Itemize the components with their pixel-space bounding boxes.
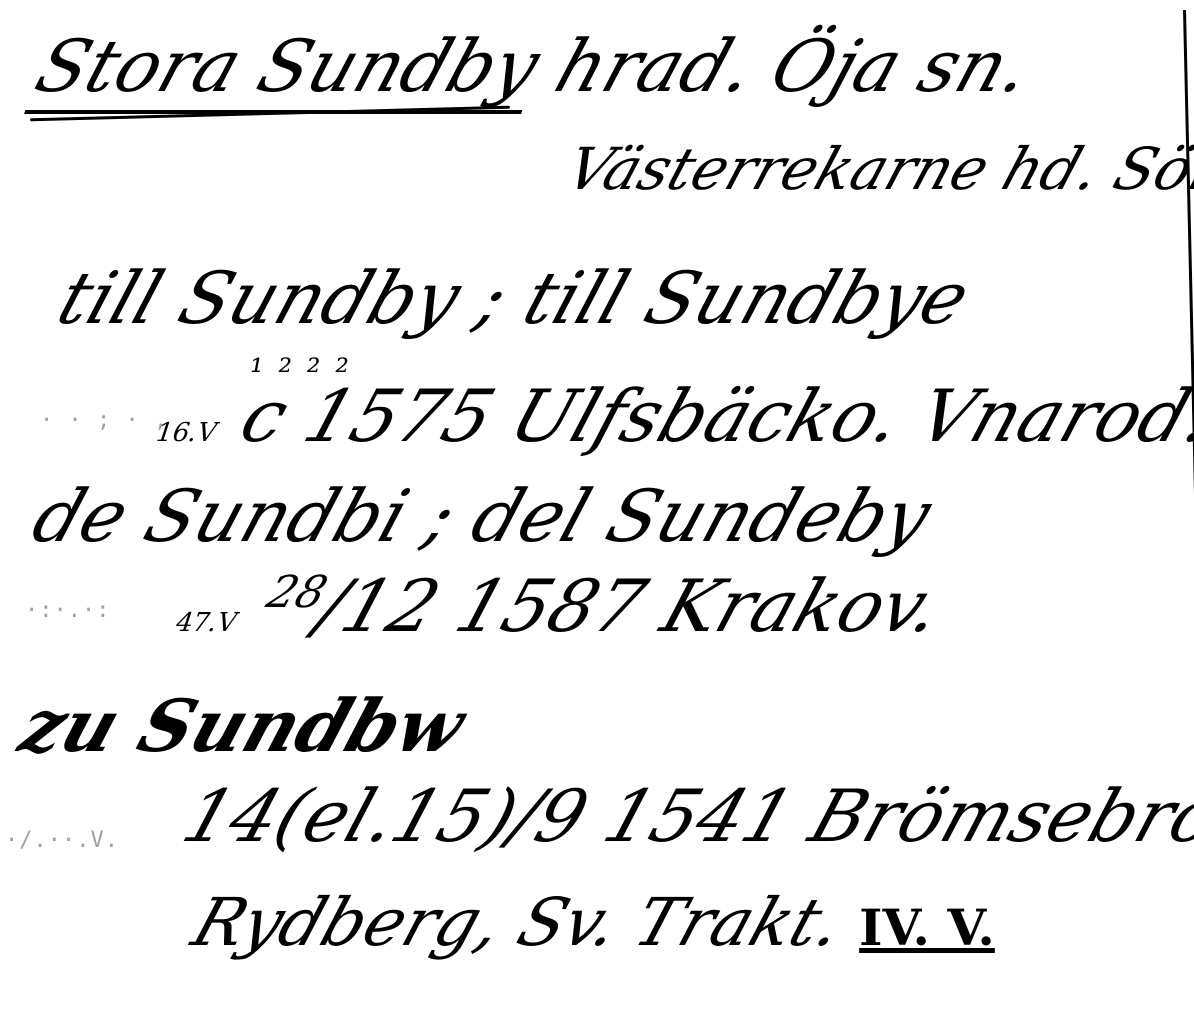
- place-type-parish: hrad. Öja sn.: [546, 24, 1042, 108]
- record-1-place: Ulfsbäcko. Vnarod.: [500, 374, 1194, 458]
- source-volumes: IV. V.: [859, 903, 995, 953]
- record-3-date-line: 14(el.15)/9 1541 Brömsebro.: [175, 780, 1194, 852]
- record-1-date-prefix: 16.V: [151, 418, 221, 448]
- record-1-form: till Sundby ; till Sundbye: [50, 262, 978, 334]
- record-3-form: zu Sundbw: [12, 690, 473, 762]
- record-3-date: 14(el.15)/9 1541: [173, 774, 804, 858]
- place-name: Stora Sundby: [24, 24, 550, 114]
- record-2-date-line: 47.V 28/12 1587 Krakov.: [170, 570, 950, 642]
- source-author: Rydberg,: [183, 884, 512, 961]
- card-heading: Stora Sundby hrad. Öja sn.: [28, 30, 1040, 102]
- district-label: Västerrekarne hd. Söm.: [560, 140, 1194, 198]
- source-citation: Rydberg, Sv. Trakt. IV. V.: [185, 890, 1007, 956]
- archival-card: Stora Sundby hrad. Öja sn. Västerrekarne…: [0, 0, 1194, 1023]
- record-2-date: /12 1587: [307, 564, 656, 648]
- source-title: Sv. Trakt.: [509, 884, 853, 961]
- record-1-date: c 1575: [231, 374, 505, 458]
- record-1-faint-ref: · · ; · ,: [40, 408, 168, 433]
- record-2-date-prefix: 47.V: [171, 608, 241, 638]
- record-1-date-line: 16.V c 1575 Ulfsbäcko. Vnarod.: [150, 380, 1194, 452]
- record-2-form: de Sundbi ; del Sundeby: [25, 480, 939, 552]
- record-3-place: Brömsebro.: [800, 774, 1194, 858]
- record-2-place: Krakov.: [652, 564, 952, 648]
- record-2-faint-ref: ·:·.·:: [25, 598, 110, 623]
- record-3-faint-ref: ·/.··.V.: [5, 828, 119, 853]
